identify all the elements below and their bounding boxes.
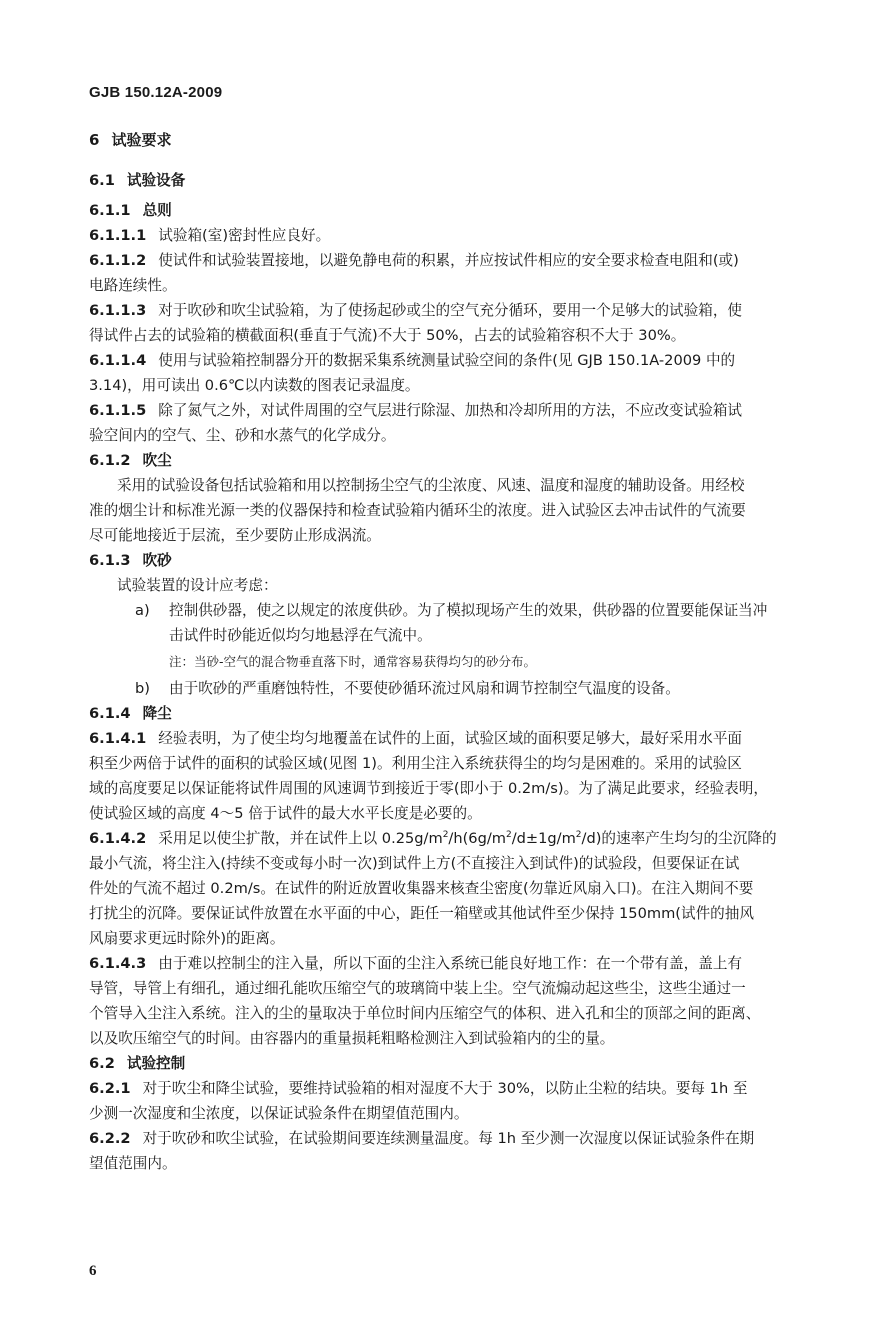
clause-6-2-1: 6.2.1对于吹尘和降尘试验，要维持试验箱的相对湿度不大于 30%，以防止尘粒的… bbox=[89, 1076, 847, 1126]
clause-6-1-1-2: 6.1.1.2使试件和试验装置接地，以避免静电荷的积累，并应按试件相应的安全要求… bbox=[89, 248, 847, 298]
list-item-b: b)由于吹砂的严重磨蚀特性，不要使砂循环流过风扇和调节控制空气温度的设备。 bbox=[89, 676, 847, 701]
list-item-a: a)控制供砂器，使之以规定的浓度供砂。为了模拟现场产生的效果，供砂器的位置要能保… bbox=[89, 598, 847, 623]
chapter-heading: 6试验要求 bbox=[89, 128, 847, 163]
section-6-2-heading: 6.2试验控制 bbox=[89, 1051, 847, 1076]
standard-id-header: GJB 150.12A-2009 bbox=[89, 84, 222, 101]
section-6-1-heading: 6.1试验设备 bbox=[89, 163, 847, 198]
section-6-1-3: 6.1.3吹砂 试验装置的设计应考虑： a)控制供砂器，使之以规定的浓度供砂。为… bbox=[89, 548, 847, 701]
clause-6-1-1-1: 6.1.1.1试验箱(室)密封性应良好。 bbox=[89, 223, 847, 248]
page-number: 6 bbox=[89, 1263, 97, 1280]
document-body: 6试验要求 6.1试验设备 6.1.1总则 6.1.1.1试验箱(室)密封性应良… bbox=[89, 128, 847, 1176]
section-6-1-4-heading: 6.1.4降尘 bbox=[89, 701, 847, 726]
note: 注：当砂-空气的混合物垂直落下时，通常容易获得均匀的砂分布。 bbox=[89, 648, 847, 676]
section-6-1-2: 6.1.2吹尘 采用的试验设备包括试验箱和用以控制扬尘空气的尘浓度、风速、温度和… bbox=[89, 448, 847, 548]
clause-6-1-1-4: 6.1.1.4使用与试验箱控制器分开的数据采集系统测量试验空间的条件(见 GJB… bbox=[89, 348, 847, 398]
clause-6-1-4-1: 6.1.4.1经验表明，为了使尘均匀地覆盖在试件的上面，试验区域的面积要足够大，… bbox=[89, 726, 847, 826]
clause-6-1-1-3: 6.1.1.3对于吹砂和吹尘试验箱，为了使扬起砂或尘的空气充分循环，要用一个足够… bbox=[89, 298, 847, 348]
clause-6-2-2: 6.2.2对于吹砂和吹尘试验，在试验期间要连续测量温度。每 1h 至少测一次湿度… bbox=[89, 1126, 847, 1176]
clause-6-1-4-2: 6.1.4.2采用足以使尘扩散，并在试件上以 0.25g/m2/h(6g/m2/… bbox=[89, 826, 847, 951]
clause-6-1-1-5: 6.1.1.5除了氮气之外，对试件周围的空气层进行除湿、加热和冷却所用的方法，不… bbox=[89, 398, 847, 448]
clause-6-1-4-3: 6.1.4.3由于难以控制尘的注入量，所以下面的尘注入系统已能良好地工作：在一个… bbox=[89, 951, 847, 1051]
section-6-1-1-heading: 6.1.1总则 bbox=[89, 198, 847, 223]
